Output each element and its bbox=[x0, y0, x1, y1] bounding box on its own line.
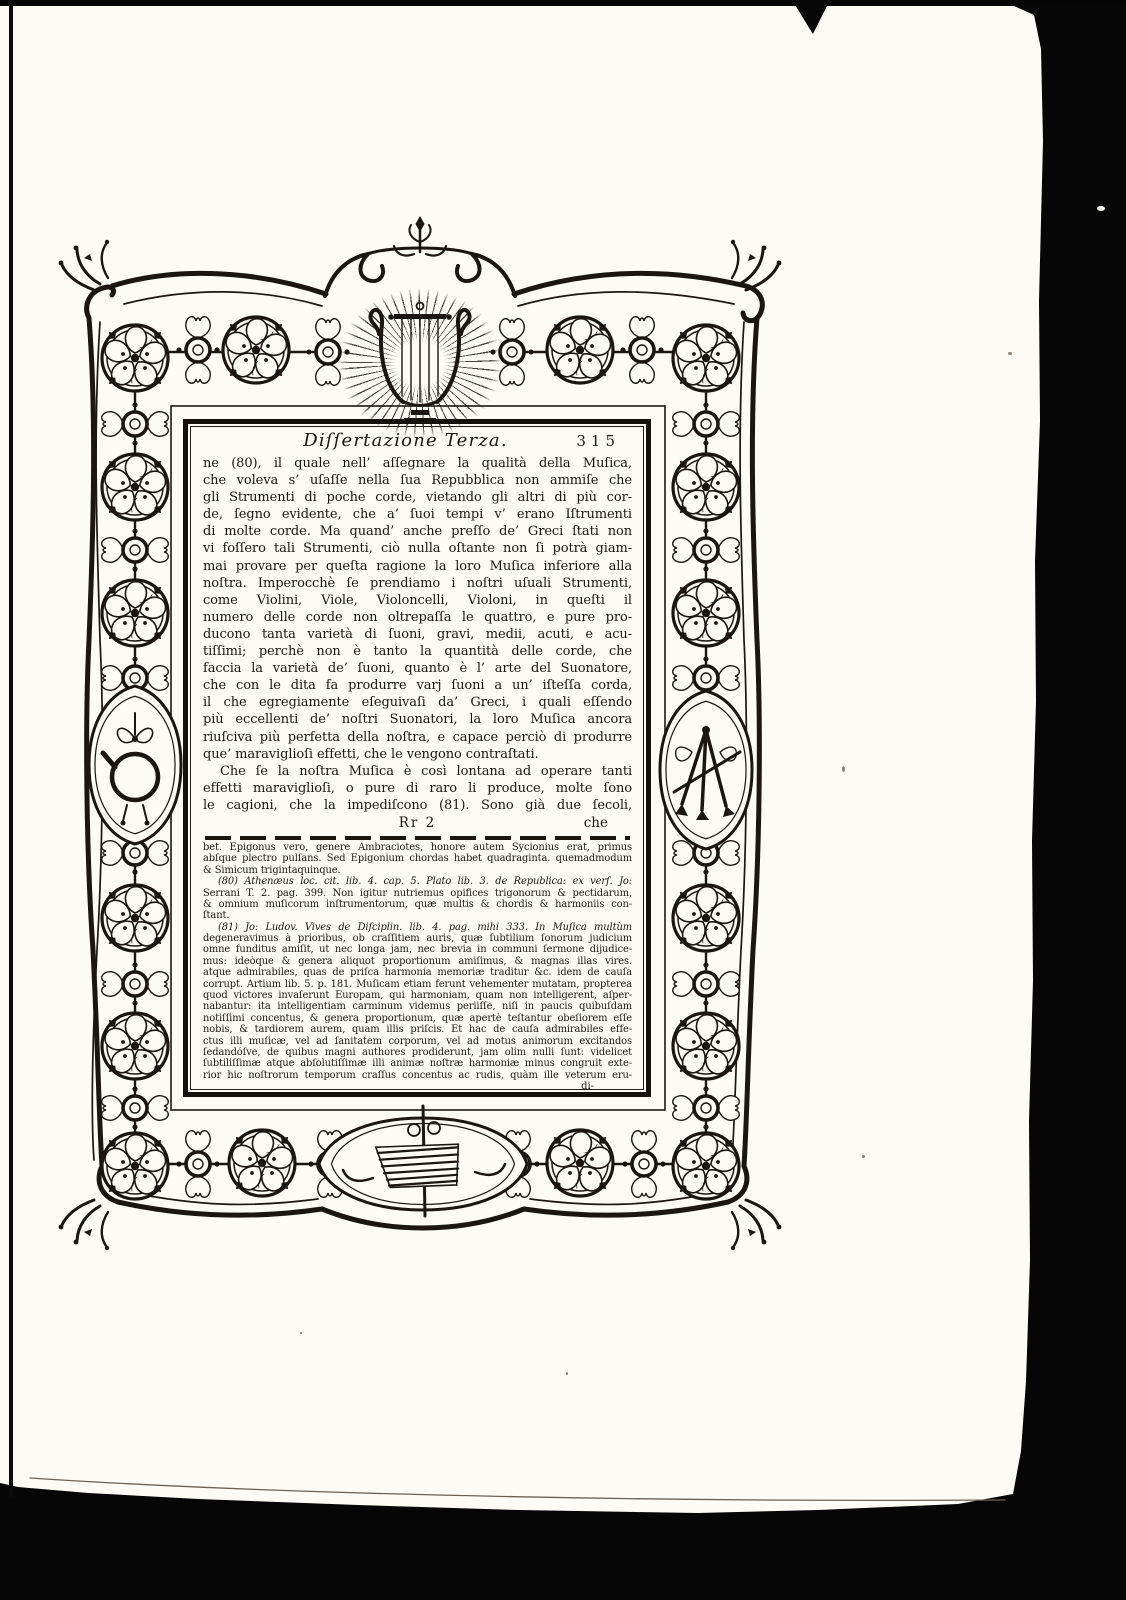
footnote-line: (80) Athenæus loc. cit. lib. 4. cap. 5. … bbox=[203, 876, 632, 887]
text-line: noſtra. Imperocchè ſe prendiamo i noſtri… bbox=[203, 575, 632, 592]
paper-speck bbox=[842, 766, 845, 772]
footnote-line: degeneravimus à prioribus, ob craſſitiem… bbox=[203, 933, 632, 944]
footnote-line: ſubtiliſſimæ atque abſolutiſſimæ illi an… bbox=[203, 1058, 632, 1069]
footnote-line: abſque plectro pulſans. Sed Epigonium ch… bbox=[203, 853, 632, 864]
text-line: ne (80), il quale nell’ aſſegnare la qua… bbox=[203, 455, 632, 472]
footnote-catchword: di- bbox=[203, 1081, 632, 1089]
footnote-line: & Simicum trigintaquinque. bbox=[203, 865, 632, 876]
footnote-line: Serrani T. 2. pag. 399. Non igitur nutri… bbox=[203, 888, 632, 899]
panpipes-ornament bbox=[319, 1106, 527, 1216]
text-line: più eccellenti de’ noſtri Suonatori, la … bbox=[203, 711, 632, 728]
text-line: numero delle corde non oltrepaſſa le qua… bbox=[203, 609, 632, 626]
text-line: effetti maraviglioſi, o pure di raro li … bbox=[203, 780, 632, 797]
paper-speck bbox=[862, 1155, 865, 1158]
paper-speck bbox=[300, 1332, 302, 1334]
text-line: che con le dita fa produrre varj ſuoni a… bbox=[203, 677, 632, 694]
footnote-line: nabantur: ita intelligentiam carminum vi… bbox=[203, 1001, 632, 1012]
rocaille-scroll bbox=[731, 1200, 782, 1250]
footnote-line: atque admirabiles, quas de priſca harmon… bbox=[203, 967, 632, 978]
footnote-line: (81) Jo: Ludov. Vives de Diſciplin. lib.… bbox=[203, 922, 632, 933]
text-line: faccia la varietà de’ ſuoni, quanto è l’… bbox=[203, 660, 632, 677]
signature-row: Rr 2 che bbox=[203, 815, 632, 832]
scan-edge-left-line bbox=[9, 0, 13, 1497]
hunting-horn-ornament bbox=[89, 686, 181, 844]
footnote-line: bet. Epigonus vero, genere Ambraciotes, … bbox=[203, 842, 632, 853]
trumpet-bundle-ornament bbox=[660, 691, 752, 849]
paper-speck bbox=[1008, 352, 1012, 355]
gathering-signature: Rr 2 bbox=[203, 815, 632, 831]
catchword: che bbox=[584, 815, 608, 831]
text-line: tiſſimi; perchè non è tanto la quantità … bbox=[203, 643, 632, 660]
rocaille-scroll bbox=[59, 240, 110, 290]
footnote-line: ſtant. bbox=[203, 910, 632, 921]
footnote-line: notiſſimi concentus, & genera proportion… bbox=[203, 1013, 632, 1024]
running-header: Diſſertazione Terza. bbox=[192, 430, 620, 451]
footnote-line: quod victores invaſerunt Europam, qui ha… bbox=[203, 990, 632, 1001]
lyre-ornament bbox=[370, 303, 469, 423]
text-line: il che egregiamente eſeguivaſi da’ Greci… bbox=[203, 694, 632, 711]
text-line: come Violini, Viole, Violoncelli, Violon… bbox=[203, 592, 632, 609]
scan-speck bbox=[1097, 206, 1105, 211]
running-header-row: Diſſertazione Terza. 315 bbox=[203, 430, 632, 455]
footnote-line: omne funditus amiſit, ut nec longa jam, … bbox=[203, 944, 632, 955]
scanned-book-page: { "page": { "header_title": "Diſſertazio… bbox=[0, 0, 1126, 1600]
page-number: 315 bbox=[576, 432, 620, 450]
text-line: gli Strumenti di poche corde, vietando g… bbox=[203, 489, 632, 506]
text-line: le cagioni, che la impediſcono (81). Son… bbox=[203, 797, 632, 814]
paper-speck bbox=[566, 1372, 568, 1375]
text-line: mai provare per queſta ragione la loro M… bbox=[203, 558, 632, 575]
text-line: riuſciva più perfetta della noſtra, e ca… bbox=[203, 729, 632, 746]
text-line: che voleva s’ uſaſſe nella ſua Repubblic… bbox=[203, 472, 632, 489]
footnote-line: mus: ideòque & genera aliquot proportion… bbox=[203, 956, 632, 967]
footnote-line: nobis, & tardiorem aurem, quam illis pri… bbox=[203, 1024, 632, 1035]
footnote-line: ſedandóſve, de quibus magni authores pro… bbox=[203, 1047, 632, 1058]
pediment-scrolls bbox=[325, 248, 515, 296]
footnote-line: corrupt. Artium lib. 5. p. 181. Muſicam … bbox=[203, 979, 632, 990]
rocaille-scroll bbox=[59, 1200, 110, 1250]
text-line: ducono tanta varietà di ſuoni, gravi, me… bbox=[203, 626, 632, 643]
footnote-separator bbox=[205, 836, 630, 840]
footnote-line: rior hic noſtrorum temporum craſſus conc… bbox=[203, 1070, 632, 1081]
text-line: que’ maraviglioſi effetti, che le vengon… bbox=[203, 746, 632, 763]
text-line: di molte corde. Ma quand’ anche preſſo d… bbox=[203, 523, 632, 540]
text-line: de, ſegno evidente, che a’ ſuoi tempi v’… bbox=[203, 506, 632, 523]
footnote-line: & omnium muſicorum inſtrumentorum, quæ m… bbox=[203, 899, 632, 910]
text-box: Diſſertazione Terza. 315 ne (80), il qua… bbox=[183, 419, 651, 1097]
footnote-line: ctus illi muſicæ, vel ad ſanitatem corpo… bbox=[203, 1036, 632, 1047]
scan-edge-top bbox=[0, 0, 1126, 6]
text-line: vi foſſero tali Strumenti, ciò nulla oſt… bbox=[203, 540, 632, 557]
text-line: Che ſe la noſtra Muſica è così lontana a… bbox=[203, 763, 632, 780]
